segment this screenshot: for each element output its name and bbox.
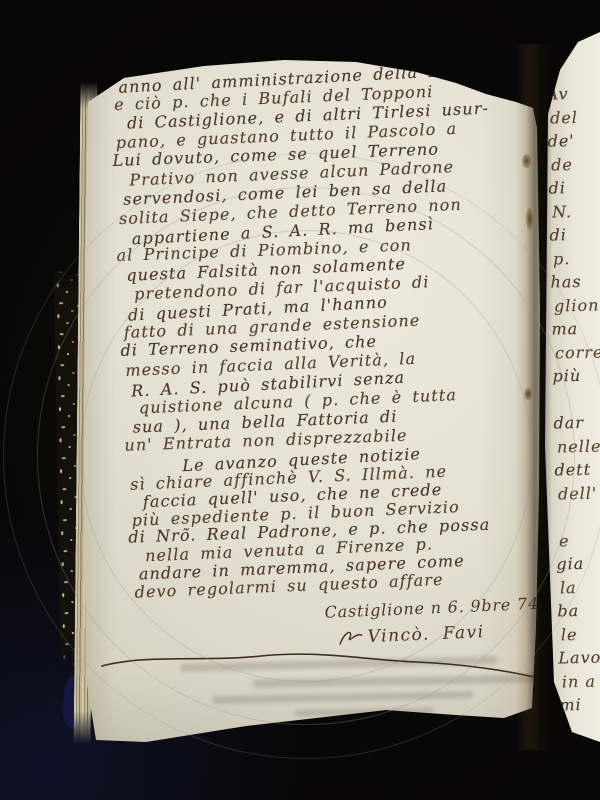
show-through-text [212, 691, 474, 703]
fragment-line: mi [559, 692, 600, 717]
fragment-line: ba [557, 598, 600, 623]
fragment-line [555, 504, 600, 529]
fragment-line: la [560, 575, 600, 600]
fragment-line: p. [553, 246, 600, 271]
manuscript-paragraph-2: Le avanzo queste notiziesì chiare affinc… [134, 440, 554, 601]
fragment-line: nelle [557, 434, 600, 459]
fragment-line: de' [547, 129, 599, 154]
fragment-line: le [561, 622, 600, 647]
fragment-line: di [549, 223, 600, 248]
fragment-line [556, 387, 600, 412]
show-through-text [294, 708, 434, 716]
fragment-line: in a [562, 669, 600, 694]
fragment-line: glion [554, 293, 600, 318]
manuscript-paragraph-1: anno all' amministrazione della Pesca,e … [118, 59, 548, 456]
fragment-line: dar [553, 410, 600, 435]
fragment-line: de [551, 152, 600, 177]
fragment-line: del [550, 105, 599, 130]
manuscript-text: anno all' amministrazione della Pesca,e … [118, 59, 556, 657]
fragment-line: dell' [558, 481, 600, 506]
fragment-line: corre [555, 340, 600, 365]
fragment-line: e [559, 528, 600, 553]
fragment-line: di [548, 176, 600, 201]
fragment-line: ma [551, 316, 600, 341]
left-page: anno all' amministrazione della Pesca,e … [84, 58, 542, 750]
fragment-line: Av [546, 82, 598, 107]
fragment-line: has [550, 269, 600, 294]
book-gutter-shadow [516, 44, 552, 750]
signature-underline-flourish [96, 644, 538, 682]
fragment-line: gia [556, 551, 600, 576]
fragment-line: dett [554, 457, 600, 482]
fragment-line: N. [552, 199, 600, 224]
right-page-text-fragments: Avdelde'dediN.dip.hasglionmacorrepiùdarn… [546, 82, 600, 717]
manuscript-photo: anno all' amministrazione della Pesca,e … [0, 0, 600, 800]
fragment-line: Lavo [558, 645, 600, 670]
fragment-line: più [552, 363, 600, 388]
